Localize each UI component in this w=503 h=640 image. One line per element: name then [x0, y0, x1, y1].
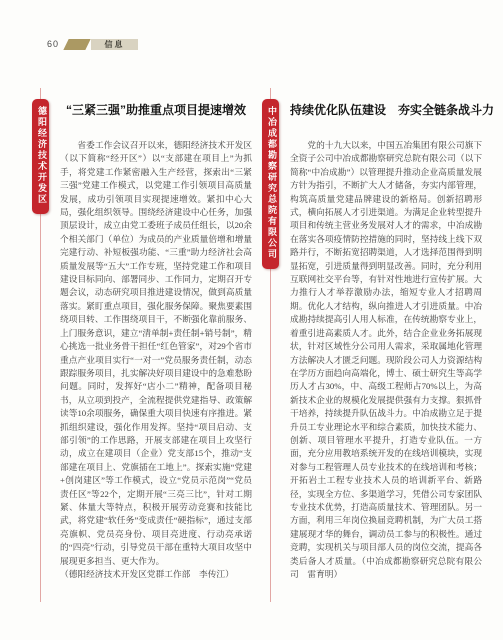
article-right-body: 党的十九大以来，中国五冶集团有限公司旗下全资子公司中冶成都勘察研究总院有限公司（… — [290, 139, 482, 581]
section-label-bar: 信息 — [91, 39, 138, 50]
article-right-body-text: 党的十九大以来，中国五冶集团有限公司旗下全资子公司中冶成都勘察研究总院有限公司（… — [290, 140, 482, 566]
org-tag-right: 中冶成都勘察研究总院有限公司 — [262, 99, 279, 269]
article-left-byline: （德阳经济技术开发区党群工作部 李传江） — [60, 568, 252, 581]
article-left-title: “三紧三强”助推重点项目提速增效 — [60, 101, 252, 118]
page-header: 60 信息 — [47, 38, 138, 50]
article-left: 德阳经济技术开发区 “三紧三强”助推重点项目提速增效 省委工作会议召开以来，德阳… — [37, 88, 256, 581]
article-left-content: “三紧三强”助推重点项目提速增效 省委工作会议召开以来，德阳经济技术开发区（以下… — [60, 101, 252, 581]
page-number: 60 — [47, 39, 59, 49]
article-right-content: 持续优化队伍建设 夯实全链条战斗力 党的十九大以来，中国五冶集团有限公司旗下全资… — [290, 101, 482, 581]
org-tag-left: 德阳经济技术开发区 — [32, 99, 49, 214]
article-left-body: 省委工作会议召开以来，德阳经济技术开发区（以下简称“经开区”）以“支部建在项目上… — [60, 139, 252, 568]
section-label: 信息 — [105, 39, 125, 50]
gold-parallelogram-decoration — [63, 39, 90, 50]
article-right-title: 持续优化队伍建设 夯实全链条战斗力 — [290, 101, 482, 118]
magazine-page: 60 信息 德阳经济技术开发区 “三紧三强”助推重点项目提速增效 省委工作会议召… — [0, 0, 503, 640]
article-right: 中冶成都勘察研究总院有限公司 持续优化队伍建设 夯实全链条战斗力 党的十九大以来… — [267, 88, 486, 581]
